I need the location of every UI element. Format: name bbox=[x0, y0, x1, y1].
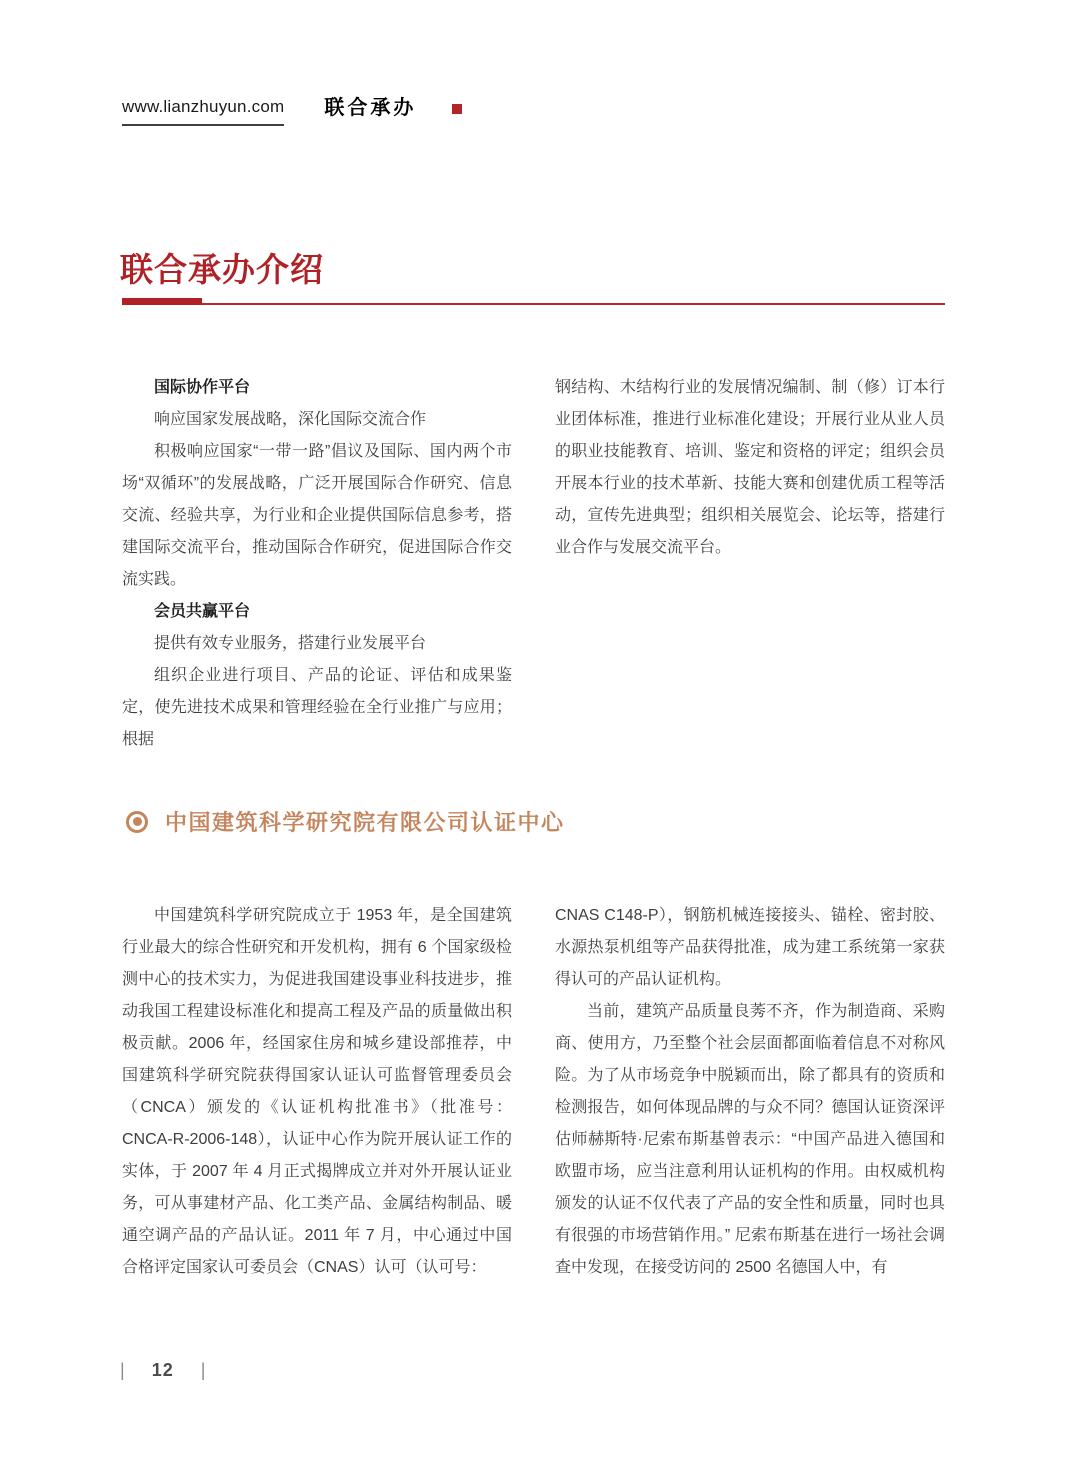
page-title: 联合承办介绍 bbox=[120, 244, 324, 291]
upper-left-column: 国际协作平台 响应国家发展战略，深化国际交流合作 积极响应国家“一带一路”倡议及… bbox=[122, 372, 512, 756]
document-page: www.lianzhuyun.com 联合承办 联合承办介绍 国际协作平台 响应… bbox=[0, 0, 1070, 1459]
lower-columns: 中国建筑科学研究院成立于 1953 年，是全国建筑行业最大的综合性研究和开发机构… bbox=[122, 900, 946, 1284]
page-footer: | 12 | bbox=[120, 1360, 205, 1381]
page-header: www.lianzhuyun.com 联合承办 bbox=[122, 97, 462, 126]
upper-columns: 国际协作平台 响应国家发展战略，深化国际交流合作 积极响应国家“一带一路”倡议及… bbox=[122, 372, 946, 756]
site-url: www.lianzhuyun.com bbox=[122, 97, 284, 126]
lower-right-column: CNAS C148-P），钢筋机械连接接头、锚栓、密封胶、水源热泵机组等产品获得… bbox=[555, 900, 945, 1284]
body-paragraph: 组织企业进行项目、产品的论证、评估和成果鉴定，使先进技术成果和管理经验在全行业推… bbox=[122, 660, 512, 756]
subsection-tagline: 提供有效专业服务，搭建行业发展平台 bbox=[122, 628, 512, 660]
red-square-marker-icon bbox=[452, 104, 462, 114]
header-section-label: 联合承办 bbox=[324, 97, 416, 119]
title-rule-thick-segment bbox=[122, 298, 202, 305]
body-paragraph: 积极响应国家“一带一路”倡议及国际、国内两个市场“双循环”的发展战略，广泛开展国… bbox=[122, 436, 512, 596]
body-paragraph: 中国建筑科学研究院成立于 1953 年，是全国建筑行业最大的综合性研究和开发机构… bbox=[122, 900, 512, 1284]
subsection-heading-member: 会员共赢平台 bbox=[122, 596, 512, 628]
title-rule bbox=[122, 298, 945, 305]
footer-divider: | bbox=[120, 1360, 125, 1381]
section-title: 中国建筑科学研究院有限公司认证中心 bbox=[165, 806, 565, 837]
title-rule-thin-segment bbox=[202, 303, 945, 305]
footer-divider: | bbox=[201, 1360, 206, 1381]
body-paragraph: CNAS C148-P），钢筋机械连接接头、锚栓、密封胶、水源热泵机组等产品获得… bbox=[555, 900, 945, 996]
body-paragraph: 当前，建筑产品质量良莠不齐，作为制造商、采购商、使用方，乃至整个社会层面都面临着… bbox=[555, 996, 945, 1284]
circle-dot-icon bbox=[126, 811, 148, 833]
page-number: 12 bbox=[152, 1360, 174, 1381]
section-heading: 中国建筑科学研究院有限公司认证中心 bbox=[126, 806, 565, 837]
lower-left-column: 中国建筑科学研究院成立于 1953 年，是全国建筑行业最大的综合性研究和开发机构… bbox=[122, 900, 512, 1284]
body-paragraph: 钢结构、木结构行业的发展情况编制、制（修）订本行业团体标准，推进行业标准化建设；… bbox=[555, 372, 945, 564]
subsection-heading-international: 国际协作平台 bbox=[122, 372, 512, 404]
subsection-tagline: 响应国家发展战略，深化国际交流合作 bbox=[122, 404, 512, 436]
upper-right-column: 钢结构、木结构行业的发展情况编制、制（修）订本行业团体标准，推进行业标准化建设；… bbox=[555, 372, 945, 756]
